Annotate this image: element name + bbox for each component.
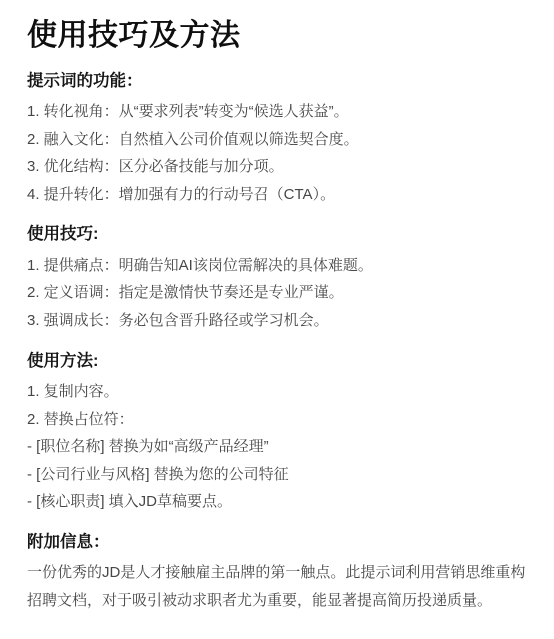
section-heading-usage-tips: 使用技巧:	[27, 224, 534, 245]
list-item: 1. 复制内容。	[27, 378, 534, 406]
list-item: 3. 强调成长：务必包含晋升路径或学习机会。	[27, 307, 534, 335]
list-item: 2. 替换占位符：	[27, 406, 534, 434]
list-item: 2. 定义语调：指定是激情快节奏还是专业严谨。	[27, 279, 534, 307]
section-usage-tips: 使用技巧: 1. 提供痛点：明确告知AI该岗位需解决的具体难题。 2. 定义语调…	[27, 224, 534, 334]
list-item: - [核心职责] 填入JD草稿要点。	[27, 488, 534, 516]
section-heading-usage-method: 使用方法:	[27, 351, 534, 372]
list-item: - [职位名称] 替换为如“高级产品经理”	[27, 433, 534, 461]
additional-info-paragraph: 一份优秀的JD是人才接触雇主品牌的第一触点。此提示词利用营销思维重构招聘文档，对…	[27, 559, 534, 614]
section-heading-additional-info: 附加信息：	[27, 532, 534, 553]
list-item: 3. 优化结构：区分必备技能与加分项。	[27, 153, 534, 181]
section-usage-method: 使用方法: 1. 复制内容。 2. 替换占位符： - [职位名称] 替换为如“高…	[27, 351, 534, 516]
document-page: 使用技巧及方法 提示词的功能： 1. 转化视角：从“要求列表”转变为“候选人获益…	[0, 0, 554, 615]
list-item: 1. 提供痛点：明确告知AI该岗位需解决的具体难题。	[27, 252, 534, 280]
list-item: - [公司行业与风格] 替换为您的公司特征	[27, 461, 534, 489]
section-prompt-functions: 提示词的功能： 1. 转化视角：从“要求列表”转变为“候选人获益”。 2. 融入…	[27, 71, 534, 209]
section-additional-info: 附加信息： 一份优秀的JD是人才接触雇主品牌的第一触点。此提示词利用营销思维重构…	[27, 532, 534, 615]
list-item: 4. 提升转化：增加强有力的行动号召（CTA）。	[27, 181, 534, 209]
section-heading-prompt-functions: 提示词的功能：	[27, 71, 534, 92]
page-title: 使用技巧及方法	[27, 17, 534, 55]
list-item: 1. 转化视角：从“要求列表”转变为“候选人获益”。	[27, 98, 534, 126]
list-item: 2. 融入文化：自然植入公司价值观以筛选契合度。	[27, 126, 534, 154]
